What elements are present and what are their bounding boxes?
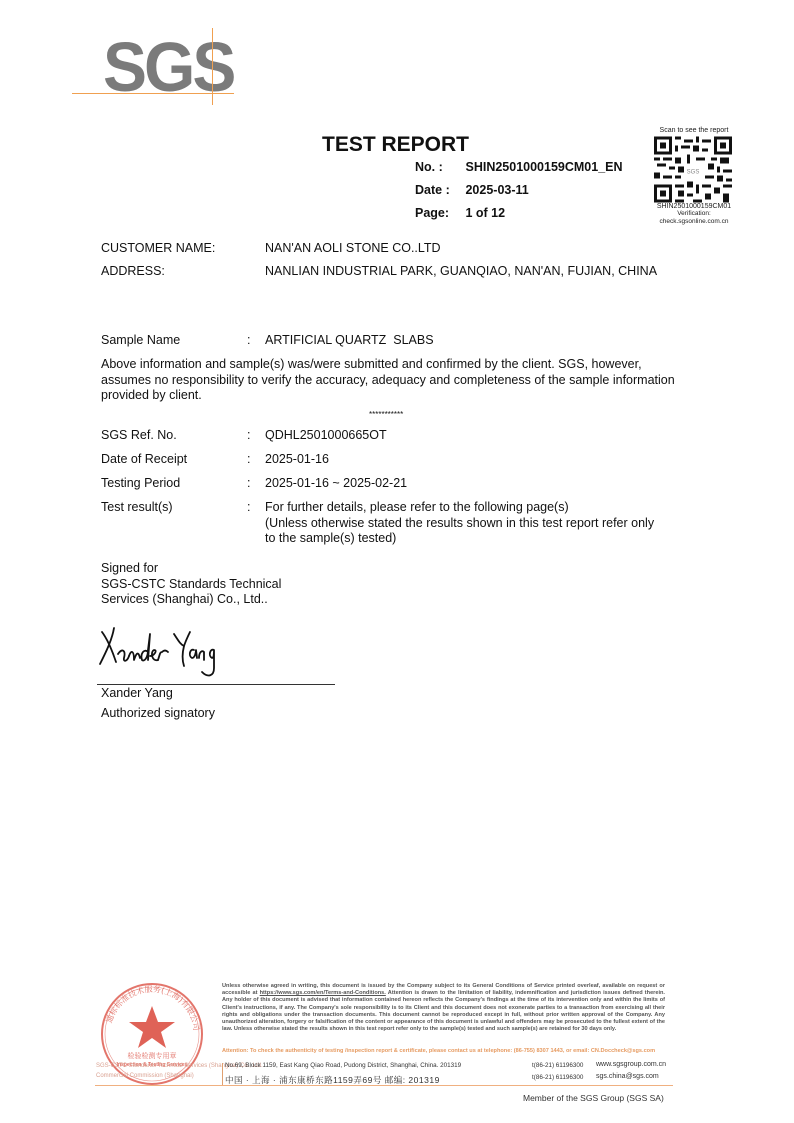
svg-text:SGS: SGS — [687, 169, 700, 175]
qr-caption: Scan to see the report — [652, 127, 736, 134]
qr-report-code: SHIN2501000159CM01 — [650, 203, 738, 210]
testing-period-colon: : — [247, 476, 250, 492]
signing-org-line2: Services (Shanghai) Co., Ltd.. — [101, 592, 281, 608]
authenticity-attention: Attention: To check the authenticity of … — [222, 1048, 672, 1055]
svg-text:检验检测专用章: 检验检测专用章 — [128, 1051, 177, 1060]
signature-line — [97, 684, 335, 685]
address-value: NANLIAN INDUSTRIAL PARK, GUANQIAO, NAN'A… — [265, 264, 657, 280]
signing-org-line1: SGS-CSTC Standards Technical — [101, 577, 281, 593]
address-label: ADDRESS: — [101, 264, 165, 280]
office-address-en: No.69, Block 1159, East Kang Qiao Road, … — [225, 1062, 461, 1069]
signed-for-block: Signed for SGS-CSTC Standards Technical … — [101, 561, 281, 608]
telephone-2: t(86-21) 61196300 — [532, 1074, 583, 1081]
receipt-date-colon: : — [247, 452, 250, 468]
receipt-date-label: Date of Receipt — [101, 452, 187, 468]
customer-name-label: CUSTOMER NAME: — [101, 241, 215, 257]
report-number-label: No. : — [415, 160, 462, 174]
report-date: Date : 2025-03-11 — [415, 183, 529, 197]
page-value: 1 of 12 — [465, 206, 505, 220]
qr-verification: Verification: check.sgsonline.com.cn — [650, 210, 738, 226]
sample-name-value: ARTIFICIAL QUARTZ SLABS — [265, 333, 434, 349]
sample-name-label: Sample Name — [101, 333, 180, 349]
report-date-label: Date : — [415, 183, 462, 197]
test-results-label: Test result(s) — [101, 500, 173, 516]
customer-name-value: NAN'AN AOLI STONE CO..LTD — [265, 241, 441, 257]
sgs-ref-colon: : — [247, 428, 250, 444]
receipt-date-value: 2025-01-16 — [265, 452, 329, 468]
test-results-colon: : — [247, 500, 250, 516]
address-accent-bar — [222, 1063, 223, 1085]
report-number: No. : SHIN2501000159CM01_EN — [415, 160, 623, 174]
qr-code-icon[interactable]: SGS — [654, 136, 732, 203]
testing-period-label: Testing Period — [101, 476, 180, 492]
footer-divider — [95, 1085, 673, 1086]
logo-horizontal-line — [72, 93, 234, 94]
sgs-logo: SGS — [103, 32, 233, 101]
test-results-note-2: to the sample(s) tested) — [265, 531, 654, 547]
telephone-1: t(86-21) 61196300 — [532, 1062, 583, 1069]
sgs-group-membership: Member of the SGS Group (SGS SA) — [523, 1093, 664, 1103]
report-title: TEST REPORT — [322, 133, 469, 157]
terms-paragraph: Unless otherwise agreed in writing, this… — [222, 983, 665, 1033]
report-date-value: 2025-03-11 — [465, 183, 528, 197]
website-link[interactable]: www.sgsgroup.com.cn — [596, 1061, 666, 1068]
email-link[interactable]: sgs.china@sgs.com — [596, 1073, 659, 1080]
sample-name-colon: : — [247, 333, 250, 349]
handwritten-signature-icon — [98, 620, 218, 682]
testing-period-value: 2025-01-16 ~ 2025-02-21 — [265, 476, 407, 492]
terms-post-link: Attention is drawn to the limitation of … — [222, 990, 665, 1032]
test-results-note-1: (Unless otherwise stated the results sho… — [265, 516, 654, 532]
stamp-side-text-2: Commercial Commission (Shanghai) — [96, 1073, 194, 1079]
signatory-name: Xander Yang — [101, 686, 173, 702]
page-indicator: Page: 1 of 12 — [415, 206, 505, 220]
disclaimer-paragraph: Above information and sample(s) was/were… — [101, 357, 691, 404]
test-results-value: For further details, please refer to the… — [265, 500, 654, 547]
report-number-value: SHIN2501000159CM01_EN — [465, 160, 622, 174]
terms-link[interactable]: https://www.sgs.com/en/Terms-and-Conditi… — [260, 990, 386, 996]
verification-site: check.sgsonline.com.cn — [650, 218, 738, 226]
verification-label: Verification: — [650, 210, 738, 218]
separator-stars: *********** — [369, 410, 403, 419]
sgs-ref-value: QDHL2501000665OT — [265, 428, 387, 444]
test-results-main: For further details, please refer to the… — [265, 500, 654, 516]
sgs-ref-label: SGS Ref. No. — [101, 428, 177, 444]
page-label: Page: — [415, 206, 462, 220]
logo-vertical-line — [212, 28, 213, 105]
signatory-title: Authorized signatory — [101, 706, 215, 722]
signed-for-label: Signed for — [101, 561, 281, 577]
